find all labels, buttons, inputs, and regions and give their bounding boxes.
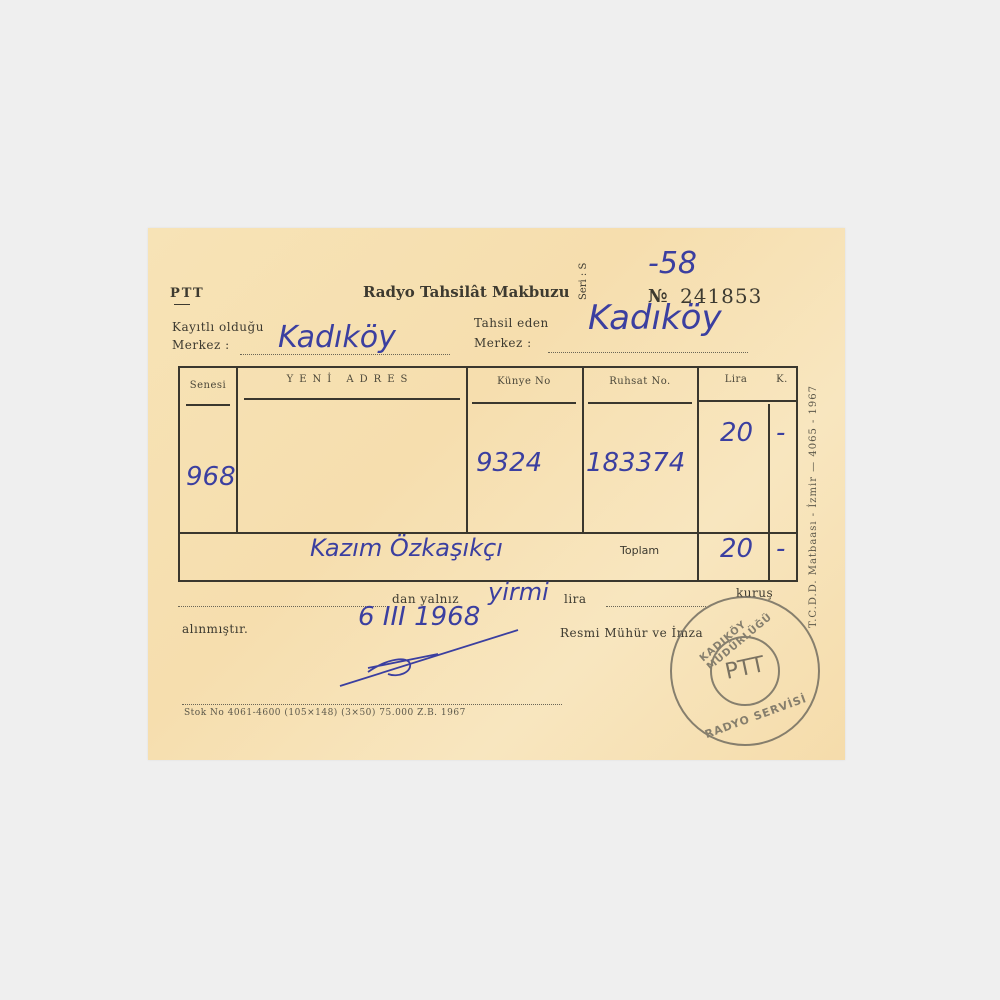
cell-senesi: 968 [186, 462, 236, 492]
header-underline [472, 402, 576, 404]
cell-lira: 20 [720, 418, 753, 448]
collecting-center-line [548, 352, 748, 353]
handwritten-serial: -58 [648, 246, 697, 281]
fee-table: Senesi YENİ ADRES Künye No Ruhsat No. Li… [178, 366, 798, 582]
header-underline [244, 398, 460, 400]
stamp-inner-circle: PTT [710, 636, 780, 706]
serial-label: Seri : S [578, 263, 589, 300]
header-kunye-no: Künye No [468, 376, 580, 387]
collecting-center-label-2: Merkez : [474, 336, 532, 350]
header-underline [697, 400, 798, 402]
total-kurus: - [776, 534, 785, 564]
collecting-center-label-1: Tahsil eden [474, 316, 549, 330]
payer-name: Kazım Özkaşıkçı [310, 534, 503, 562]
stock-footer: Stok No 4061-4600 (105×148) (3×50) 75.00… [184, 708, 466, 718]
footer-line [182, 704, 562, 705]
official-stamp: KADIKÖY MÜDÜRLÜĞÜ PTT RADYO SERVİSİ [670, 596, 820, 746]
registered-center-value: Kadıköy [278, 320, 396, 355]
header-kurus: K. [770, 374, 794, 385]
col-divider [768, 404, 770, 580]
col-divider [236, 368, 238, 532]
handwritten-signature [338, 628, 528, 688]
ptt-logo: PTT [170, 286, 205, 301]
header-ruhsat-no: Ruhsat No. [584, 376, 696, 387]
kurus-line [606, 606, 706, 607]
received-label: alınmıştır. [182, 622, 248, 636]
stamp-center-text: PTT [710, 649, 780, 687]
cell-kunye-no: 9324 [476, 448, 542, 478]
cell-ruhsat-no: 183374 [586, 448, 685, 478]
total-lira: 20 [720, 534, 753, 564]
col-divider [466, 368, 468, 532]
total-label: Toplam [620, 544, 659, 557]
receipt-paper: PTT Radyo Tahsilât Makbuzu Seri : S -58 … [148, 228, 845, 760]
header-yeni-adres: YENİ ADRES [240, 374, 460, 385]
header-underline [186, 404, 230, 406]
header-lira: Lira [716, 374, 756, 385]
registered-center-label-2: Merkez : [172, 338, 230, 352]
header-senesi: Senesi [180, 380, 236, 391]
document-title: Radyo Tahsilât Makbuzu [363, 283, 570, 301]
from-line [178, 606, 388, 607]
cell-kurus: - [776, 418, 785, 448]
collecting-center-value: Kadıköy [588, 298, 722, 338]
lira-label: lira [564, 592, 587, 606]
amount-words: yirmi [488, 578, 549, 606]
header-underline [588, 402, 692, 404]
printer-imprint: T.C.D.D. Matbaası - İzmir — 4065 - 1967 [808, 385, 819, 628]
col-divider [582, 368, 584, 532]
registered-center-label-1: Kayıtlı olduğu [172, 320, 264, 334]
